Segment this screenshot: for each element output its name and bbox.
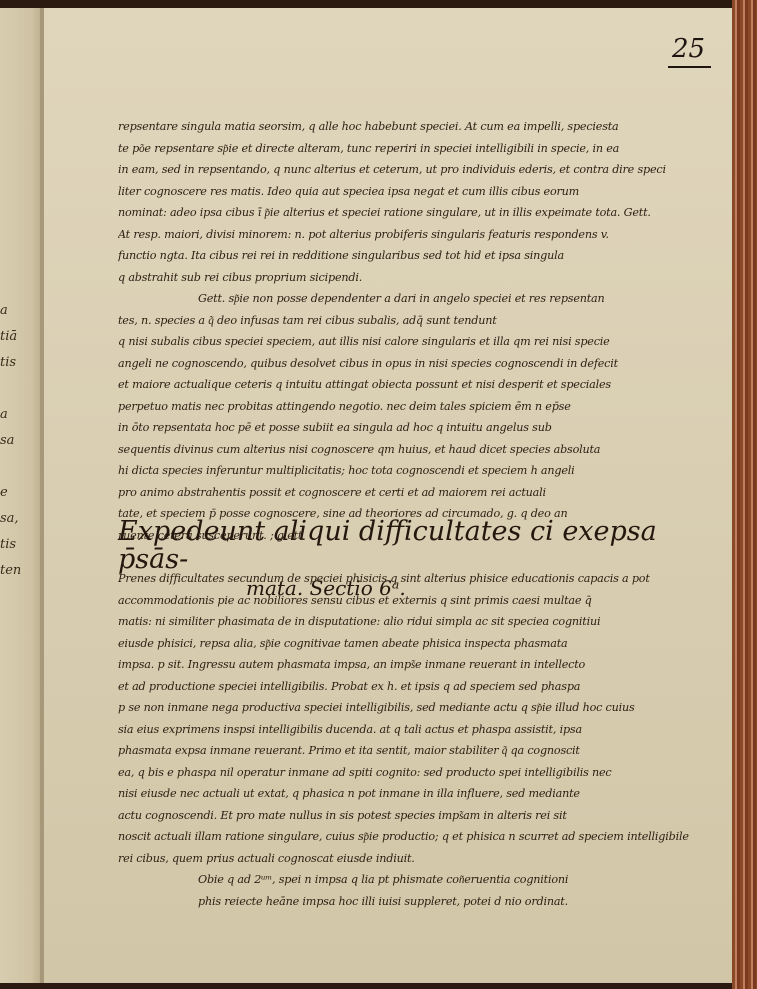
text-line: repsentare singula matia seorsim, q alle… [118,120,708,142]
text-line: te po͂e repsentare sp͂ie et directe alte… [118,142,708,164]
text-line: hi dicta species inferuntur multiplicita… [118,464,708,486]
text-line: phasmata expsa inmane reuerant. Primo et… [118,744,708,766]
text-line: eiusde phisici, repsa alia, sp͂ie cognit… [118,637,708,659]
text-line: in ōto repsentata hoc pē et posse subiit… [118,421,708,443]
text-line-indented: Obie q ad 2ᵘᵐ, spei n impsa q lia pt phi… [118,873,708,895]
left-page-margin-text: a tiā tis a sa e sa, tis ten [0,298,40,584]
text-line: et ad productione speciei intelligibilis… [118,680,708,702]
text-line: nominat: adeo ipsa cibus ī p͂ie alterius… [118,206,708,228]
text-line: sequentis divinus cum alterius nisi cogn… [118,443,708,465]
text-line: et maiore actualique ceteris q intuitu a… [118,378,708,400]
text-line: q nisi subalis cibus speciei speciem, au… [118,335,708,357]
text-line: ea, q bis e phaspa nil operatur inmane a… [118,766,708,788]
text-line: Prenes difficultates secundum de speciei… [118,572,708,594]
section-heading-main: Expedeunt aliqui difficultates ci exepsa… [118,516,657,575]
text-line: accommodationis pie ac nobiliores sensu … [118,594,708,616]
text-line: perpetuo matis nec probitas attingendo n… [118,400,708,422]
text-line-indented: Gett. sp͂ie non posse dependenter a dari… [118,292,708,314]
text-line: impsa. p sit. Ingressu autem phasmata im… [118,658,708,680]
text-line: At resp. maiori, divisi minorem: n. pot … [118,228,708,250]
text-line: in eam, sed in repsentando, q nunc alter… [118,163,708,185]
text-line: nisi eiusde nec actuali ut extat, q phas… [118,787,708,809]
text-line: liter cognoscere res matis. Ideo quia au… [118,185,708,207]
text-line: sia eius exprimens inspsi intelligibilis… [118,723,708,745]
text-line: angeli ne cognoscendo, quibus desolvet c… [118,357,708,379]
text-line: q abstrahit sub rei cibus proprium sicip… [118,271,708,293]
text-line: actu cognoscendi. Et pro mate nullus in … [118,809,708,831]
text-line: p se non inmane nega productiva speciei … [118,701,708,723]
text-line: matis: ni similiter phasimata de in disp… [118,615,708,637]
book-edge [732,0,757,989]
left-page-edge: a tiā tis a sa e sa, tis ten [0,8,44,983]
text-line: rei cibus, quem prius actuali cognoscat … [118,852,708,874]
body-text-top: repsentare singula matia seorsim, q alle… [118,120,708,550]
text-line: noscit actuali illam ratione singulare, … [118,830,708,852]
text-line: pro animo abstrahentis possit et cognosc… [118,486,708,508]
text-line: functio ngta. Ita cibus rei rei in reddi… [118,249,708,271]
text-line-indented: phis reiecte heāne impsa hoc illi iuisi … [118,895,708,917]
text-line: tes, n. species a q͂ deo infusas tam rei… [118,314,708,336]
body-text-bottom: Prenes difficultates secundum de speciei… [118,572,708,916]
folio-number: 25 [668,34,711,68]
